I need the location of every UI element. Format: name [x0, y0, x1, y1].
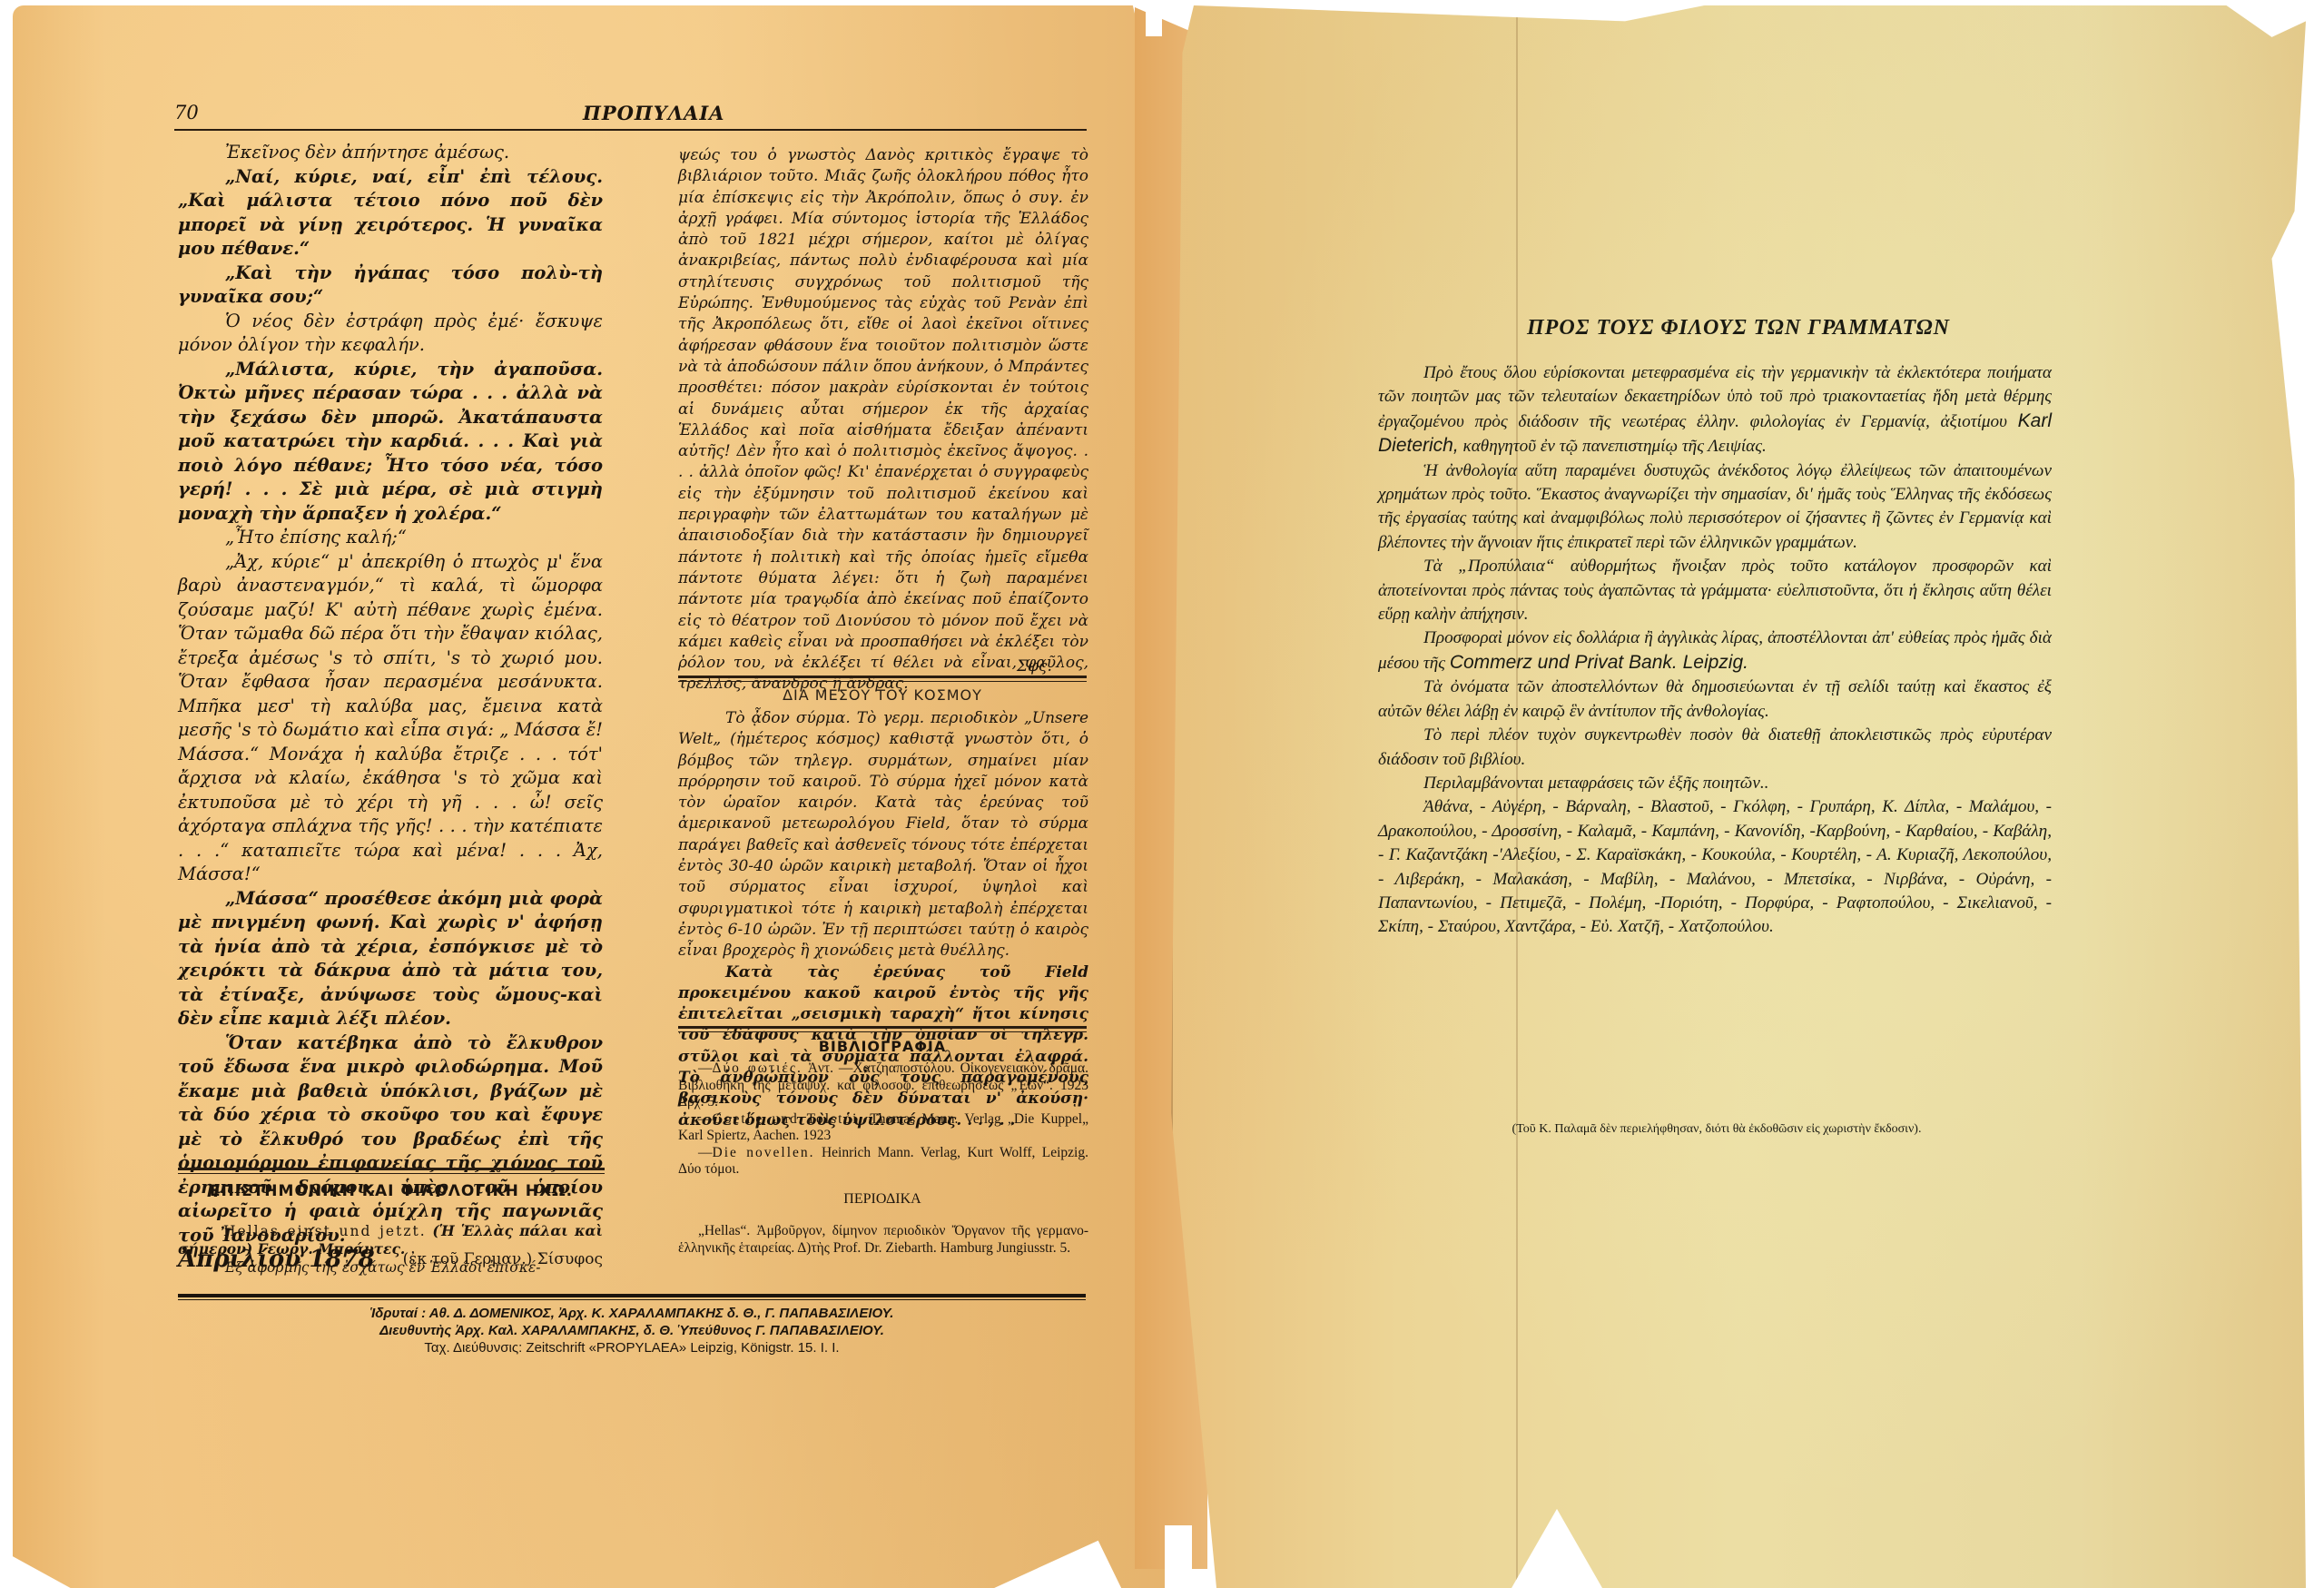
appeal-paragraph: Τὰ ὀνόματα τῶν ἀποστελλόντων θὰ δημοσιεύ…	[1378, 676, 2052, 724]
entry-title: Δύο φωτιές.	[713, 1060, 803, 1076]
science-section-heading: ΕΠΙΣΤΗΜΟΝΙΚΗ ΚΑΙ ΦΙΛΟΛΟΓΙΚΗ ΗΧΩ.	[178, 1182, 605, 1200]
story-paragraph: „Μάλιστα, κύριε, τὴν ἀγαποῦσα. Ὀκτὼ μῆνε…	[178, 358, 603, 527]
bibliography-list: —Δύο φωτιές. Ἀντ. —Χατζηαποστόλου. Οἰκογ…	[678, 1060, 1088, 1179]
story-paragraph: „Ναί, κύριε, ναί, εἶπ' ἐπὶ τέλους. „Καὶ …	[178, 165, 603, 261]
section-divider	[678, 1026, 1087, 1032]
page-number: 70	[174, 102, 199, 123]
appeal-footnote: (Τοῦ Κ. Παλαμᾶ δὲν περιελήφθησαν, διότι …	[1380, 1122, 2053, 1137]
world-paragraph: Τὸ ᾆδον σύρμα. Τὸ γερμ. περιοδικὸν „Unse…	[678, 708, 1088, 962]
appeal-text: Πρὸ ἔτους ὅλου εὑρίσκονται μετεφρασμένα …	[1378, 363, 2052, 431]
bibliography-entry: —Goethe und Tolstoi. Thomas Mann. Verlag…	[678, 1111, 1088, 1145]
appeal-paragraph: Προσφοραὶ μόνον εἰς δολλάρια ἢ ἀγγλικὰς …	[1378, 626, 2052, 676]
appeal-paragraph: Πρὸ ἔτους ὅλου εὑρίσκονται μετεφρασμένα …	[1378, 361, 2052, 459]
bibliography-entry: —Die novellen. Heinrich Mann. Verlag, Ku…	[678, 1145, 1088, 1179]
imprint-founders: Ἱδρυταί : Αθ. Δ. ΔΟΜΕΝΙΚΟΣ, Ἀρχ. Κ. ΧΑΡΑ…	[178, 1305, 1086, 1322]
review-column: ψεώς του ὁ γνωστὸς Δανὸς κριτικὸς ἔγραψε…	[678, 145, 1088, 695]
footer-rule	[178, 1294, 1086, 1300]
periodicals-body: „Hellas“. Ἀμβοῦργον, δίμηνον περιοδικὸν …	[678, 1222, 1088, 1257]
story-paragraph: „Ἀχ, κύριε“ μ' ἀπεκρίθη ὁ πτωχὸς μ' ἕνα …	[178, 550, 603, 887]
bibliography-entry: —Δύο φωτιές. Ἀντ. —Χατζηαποστόλου. Οἰκογ…	[678, 1060, 1088, 1111]
appeal-paragraph: Ἡ ἀνθολογία αὕτη παραμένει δυστυχῶς ἀνέκ…	[1378, 459, 2052, 556]
story-paragraph: Ὁ νέος δὲν ἐστράφη πρὸς ἐμέ· ἔσκυψε μόνο…	[178, 310, 603, 358]
story-column: Ἐκεῖνος δὲν ἀπήντησε ἀμέσως. „Ναί, κύριε…	[178, 141, 603, 1272]
article-title-de: Hellas einst und jetzt.	[223, 1223, 427, 1239]
poet-list: Ἀθάνα, - Αὐγέρη, - Βάρναλη, - Βλαστοῦ, -…	[1378, 795, 2052, 939]
torn-edge	[1146, 0, 1162, 36]
appeal-text: καθηγητοῦ ἐν τῷ πανεπιστημίῳ τῆς Λειψίας…	[1463, 437, 1767, 456]
running-head: 70 ΠΡΟΠΥΛΑΙΑ	[174, 102, 1087, 131]
entry-title: Goethe und Tolstoi.	[713, 1111, 864, 1127]
story-paragraph: Ἐκεῖνος δὲν ἀπήντησε ἀμέσως.	[178, 141, 603, 165]
appeal-paragraph: Τὸ περὶ πλέον τυχὸν συγκεντρωθὲν ποσὸν θ…	[1378, 724, 2052, 772]
appeal-bank-name: Commerz und Privat Bank. Leipzig.	[1450, 652, 1748, 673]
appeal-paragraph: Περιλαμβάνονται μεταφράσεις τῶν ἑξῆς ποι…	[1378, 772, 2052, 795]
imprint: Ἱδρυταί : Αθ. Δ. ΔΟΜΕΝΙΚΟΣ, Ἀρχ. Κ. ΧΑΡΑ…	[178, 1305, 1086, 1356]
imprint-address: Ταχ. Διεύθυνσις: Zeitschrift «PROPYLAEA»…	[178, 1339, 1086, 1356]
review-signature: Σφς.	[1017, 657, 1052, 676]
imprint-director: Διευθυντὴς Ἀρχ. Καλ. ΧΑΡΑΛΑΜΠΑΚΗΣ, δ. Θ.…	[178, 1322, 1086, 1339]
torn-edge	[1165, 1525, 1192, 1588]
appeal-title: ΠΡΟΣ ΤΟΥΣ ΦΙΛΟΥΣ ΤΩΝ ΓΡΑΜΜΑΤΩΝ	[1403, 316, 2074, 340]
journal-title: ΠΡΟΠΥΛΑΙΑ	[583, 102, 724, 124]
story-paragraph: „Καὶ τὴν ἠγάπας τόσο πολὺ-τὴ γυναῖκα σου…	[178, 261, 603, 310]
periodicals-heading: ΠΕΡΙΟΔΙΚΑ	[678, 1191, 1087, 1208]
science-section-body: Hellas einst und jetzt. (Ἡ Ἑλλὰς πάλαι κ…	[178, 1222, 603, 1277]
story-paragraph: „Μάσσα“ προσέθεσε ἀκόμη μιὰ φορὰ μὲ πνιγ…	[178, 887, 603, 1031]
periodical-entry: „Hellas“. Ἀμβοῦργον, δίμηνον περιοδικὸν …	[678, 1222, 1088, 1257]
section-divider	[178, 1168, 605, 1174]
section-divider	[678, 676, 1087, 682]
article-intro: Ἐξ ἀφορμῆς τῆς ἐσχάτως ἐν Ἑλλάδι ἐπισκέ-	[178, 1258, 603, 1277]
story-paragraph: „Ἦτο ἐπίσης καλή;“	[178, 526, 603, 550]
appeal-body: Πρὸ ἔτους ὅλου εὑρίσκονται μετεφρασμένα …	[1378, 361, 2052, 940]
review-text: ψεώς του ὁ γνωστὸς Δανὸς κριτικὸς ἔγραψε…	[678, 145, 1088, 695]
appeal-paragraph: Τὰ „Προπύλαια“ αὐθορμήτως ἤνοιξαν πρὸς τ…	[1378, 555, 2052, 626]
entry-title: Die novellen.	[713, 1145, 815, 1160]
story-paragraph: Ὅταν κατέβηκα ἀπὸ τὸ ἔλκυθρον τοῦ ἔδωσα …	[178, 1031, 603, 1248]
world-section-heading: ΔΙΑ ΜΕΣΟΥ ΤΟΥ ΚΟΣΜΟΥ	[678, 686, 1087, 704]
bibliography-heading: ΒΙΒΛΙΟΓΡΑΦΙΑ	[678, 1038, 1087, 1055]
